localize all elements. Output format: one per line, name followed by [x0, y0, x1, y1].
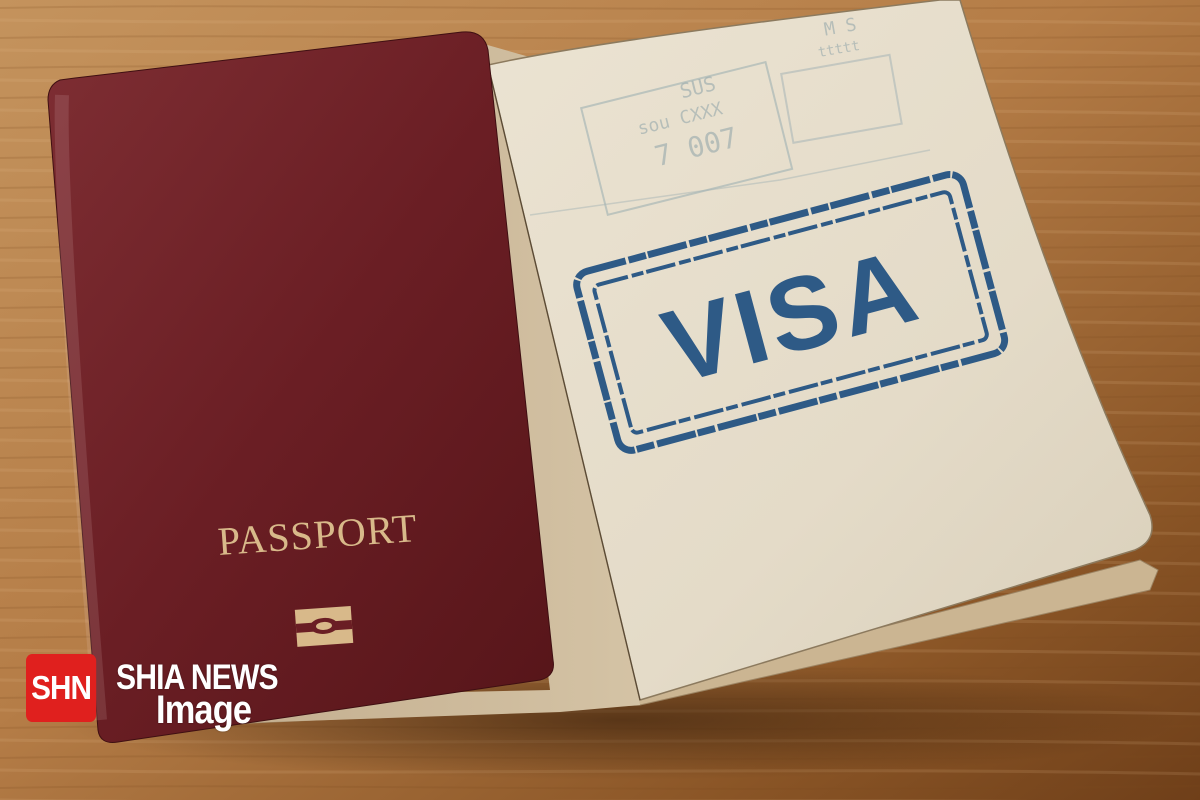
watermark-line-2: Image [156, 688, 251, 733]
watermark-badge: SHN [26, 654, 96, 722]
watermark-text: SHIA NEWS Image [116, 654, 326, 736]
shia-news-watermark: SHN SHIA NEWS Image [26, 654, 326, 736]
biometric-chip-icon [295, 606, 353, 647]
